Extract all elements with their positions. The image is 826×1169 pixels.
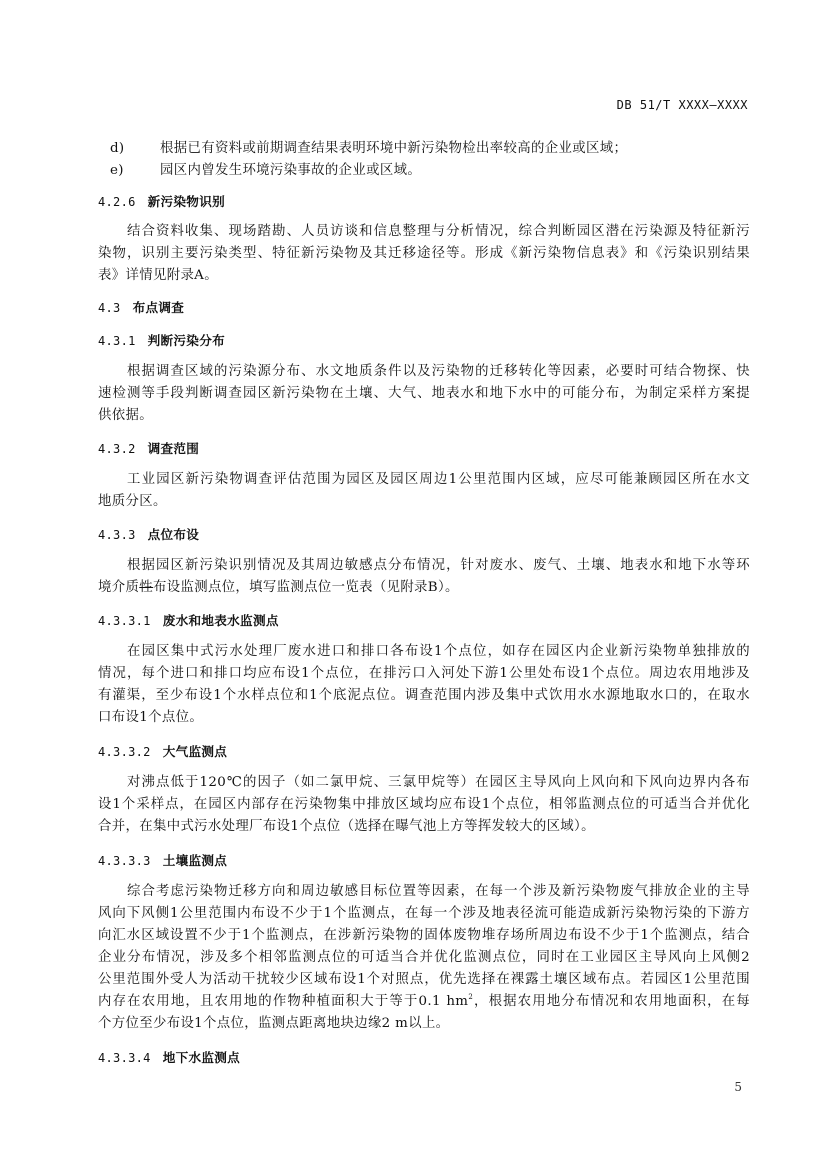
paragraph-line: 企业分布情况，涉及多个相邻监测点位的可适当合并优化监测点位，同时在工业园区主导风… — [98, 948, 750, 968]
list-text: 根据已有资料或前期调查结果表明环境中新污染物检出率较高的企业或区域； — [160, 141, 627, 156]
section-title: 判断污染分布 — [148, 333, 225, 348]
document-page: DB 51/T XXXX—XXXX d)根据已有资料或前期调查结果表明环境中新污… — [0, 0, 826, 1169]
paragraph-line: 表》详情见附录A。 — [98, 266, 750, 286]
section-number: 4.3.3 — [98, 525, 136, 545]
text-run: ，根据农用地分布情况和农用地面积，在每 — [473, 994, 750, 1009]
list-item: e)园区内曾发生环境污染事故的企业或区域。 — [110, 161, 750, 181]
section-heading-4-3-1: 4.3.1判断污染分布 — [98, 331, 750, 351]
section-title: 点位布设 — [148, 527, 200, 542]
paragraph-line: 结合资料收集、现场踏勘、人员访谈和信息整理与分析情况，综合判断园区潜在污染源及特… — [127, 222, 750, 242]
section-heading-4-3-3-4: 4.3.3.4地下水监测点 — [98, 1048, 750, 1068]
paragraph-line: 合并，在集中式污水处理厂布设1个点位（选择在曝气池上方等挥发较大的区域）。 — [98, 817, 750, 837]
paragraph-line: 工业园区新污染物调查评估范围为园区及园区周边1公里范围内区域，应尽可能兼顾园区所… — [127, 470, 750, 490]
struck-text: 性 — [139, 580, 153, 595]
section-number: 4.3.3.4 — [98, 1048, 151, 1068]
section-title: 地下水监测点 — [163, 1050, 240, 1065]
section-heading-4-3-3-2: 4.3.3.2大气监测点 — [98, 742, 750, 762]
paragraph-line: 个方位至少布设1个点位，监测点距离地块边缘2 m以上。 — [98, 1014, 750, 1034]
section-number: 4.3.2 — [98, 439, 136, 459]
section-title: 大气监测点 — [163, 744, 227, 759]
paragraph-line: 设1个采样点，在园区内部存在污染物集中排放区域均应布设1个点位，相邻监测点位的可… — [98, 795, 750, 815]
paragraph-line: 境介质性布设监测点位，填写监测点位一览表（见附录B）。 — [98, 578, 750, 598]
paragraph-line: 向汇水区域设置不少于1个监测点，在涉新污染物的固体废物堆存场所周边布设不少于1个… — [98, 926, 750, 946]
list-item: d)根据已有资料或前期调查结果表明环境中新污染物检出率较高的企业或区域； — [110, 139, 750, 159]
text-run: 境介质 — [98, 580, 139, 595]
text-run: 内存在农用地，且农用地的作物种植面积大于等于0.1 hm — [98, 994, 468, 1009]
paragraph-line: 根据园区新污染识别情况及其周边敏感点分布情况，针对废水、废气、土壤、地表水和地下… — [127, 556, 750, 576]
paragraph-line: 综合考虑污染物迁移方向和周边敏感目标位置等因素，在每一个涉及新污染物废气排放企业… — [127, 882, 750, 902]
paragraph-line: 速检测等手段判断调查园区新污染物在土壤、大气、地表水和地下水中的可能分布，为制定… — [98, 384, 750, 404]
section-number: 4.3 — [98, 298, 121, 318]
paragraph-line: 根据调查区域的污染源分布、水文地质条件以及污染物的迁移转化等因素，必要时可结合物… — [127, 362, 750, 382]
paragraph-line: 供依据。 — [98, 406, 750, 426]
paragraph-line: 地质分区。 — [98, 492, 750, 512]
section-title: 布点调查 — [133, 300, 185, 315]
text-run: 布设监测点位，填写监测点位一览表（见附录B）。 — [153, 580, 459, 595]
section-number: 4.3.3.3 — [98, 851, 151, 871]
section-title: 废水和地表水监测点 — [163, 613, 279, 628]
paragraph-line: 有灌渠，至少布设1个水样点位和1个底泥点位。调查范围内涉及集中式饮用水水源地取水… — [98, 686, 750, 706]
section-title: 调查范围 — [148, 441, 200, 456]
paragraph-line: 情况，每个进口和排口均应布设1个点位，在排污口入河处下游1公里处布设1个点位。周… — [98, 664, 750, 684]
section-heading-4-2-6: 4.2.6新污染物识别 — [98, 192, 750, 212]
section-heading-4-3-3: 4.3.3点位布设 — [98, 525, 750, 545]
section-number: 4.3.3.1 — [98, 611, 151, 631]
section-heading-4-3: 4.3布点调查 — [98, 298, 750, 318]
section-number: 4.3.1 — [98, 331, 136, 351]
paragraph-line: 口布设1个点位。 — [98, 708, 750, 728]
paragraph-line: 对沸点低于120℃的因子（如二氯甲烷、三氯甲烷等）在园区主导风向上风向和下风向边… — [127, 773, 750, 793]
document-code-header: DB 51/T XXXX—XXXX — [617, 98, 748, 112]
section-heading-4-3-3-3: 4.3.3.3土壤监测点 — [98, 851, 750, 871]
list-text: 园区内曾发生环境污染事故的企业或区域。 — [160, 163, 421, 178]
section-number: 4.3.3.2 — [98, 742, 151, 762]
section-title: 新污染物识别 — [148, 194, 225, 209]
paragraph-line: 在园区集中式污水处理厂废水进口和排口各布设1个点位，如存在园区内企业新污染物单独… — [127, 642, 750, 662]
section-title: 土壤监测点 — [163, 853, 227, 868]
paragraph-line: 内存在农用地，且农用地的作物种植面积大于等于0.1 hm2，根据农用地分布情况和… — [98, 992, 750, 1012]
section-heading-4-3-3-1: 4.3.3.1废水和地表水监测点 — [98, 611, 750, 631]
paragraph-line: 公里范围外受人为活动干扰较少区域布设1个对照点，优先选择在裸露土壤区域布点。若园… — [98, 970, 750, 990]
page-number: 5 — [734, 1080, 742, 1094]
section-heading-4-3-2: 4.3.2调查范围 — [98, 439, 750, 459]
list-marker: e) — [110, 161, 160, 181]
paragraph-line: 风向下风侧1公里范围内布设不少于1个监测点，在每一个涉及地表径流可能造成新污染物… — [98, 904, 750, 924]
list-marker: d) — [110, 139, 160, 159]
paragraph-line: 染物，识别主要污染类型、特征新污染物及其迁移途径等。形成《新污染物信息表》和《污… — [98, 244, 750, 264]
section-number: 4.2.6 — [98, 192, 136, 212]
